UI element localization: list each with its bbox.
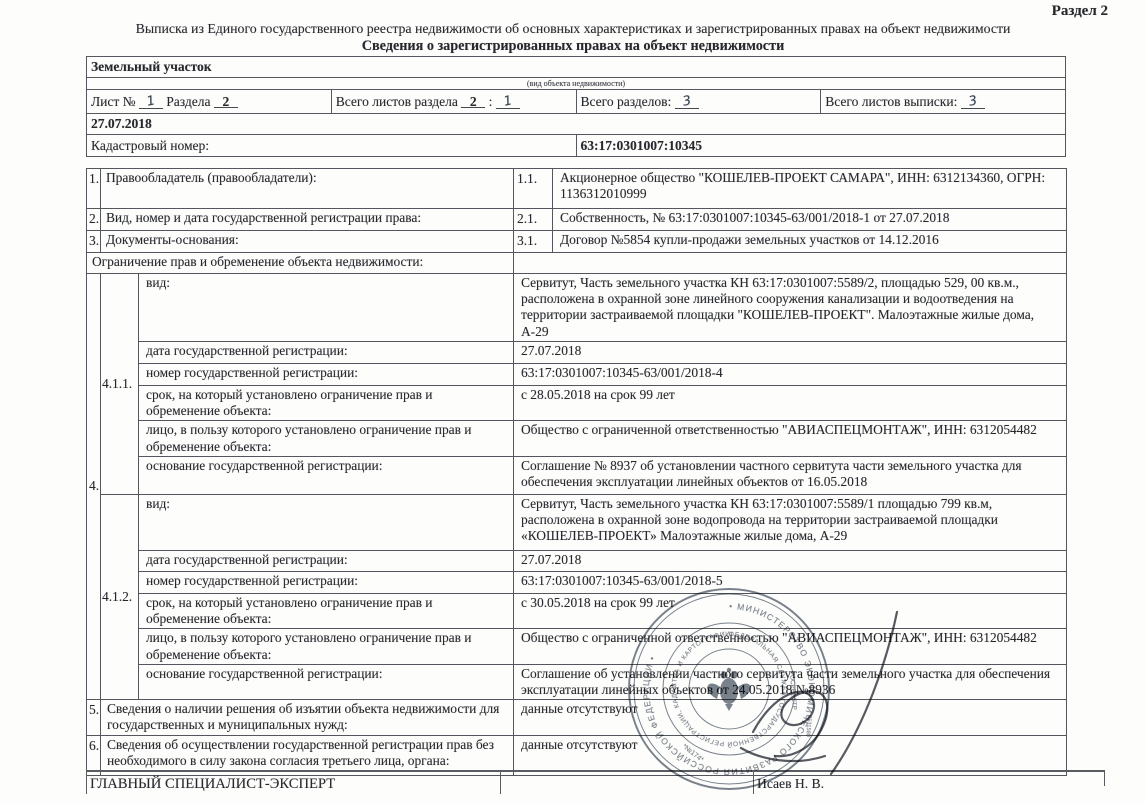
field-label: дата государственной регистрации: — [139, 342, 514, 364]
total-extract-label: Всего листов выписки: — [825, 94, 957, 109]
field-label: срок, на который установлено ограничение… — [139, 593, 514, 628]
field-value: Сервитут, Часть земельного участка КН 63… — [514, 494, 1067, 550]
field-label: основание государственной регистрации: — [139, 456, 514, 494]
field-value: Сервитут, Часть земельного участка КН 63… — [514, 274, 1067, 342]
sub-number: 2.1. — [514, 209, 553, 231]
extract-date: 27.07.2018 — [87, 114, 1066, 135]
row-number: 2. — [87, 209, 101, 231]
block-411-number: 4.1.1. — [101, 274, 139, 495]
cadastral-number-value: 63:17:0301007:10345 — [576, 135, 1066, 157]
field-value: 27.07.2018 — [514, 342, 1067, 364]
restriction-header: Ограничение прав и обременение объекта н… — [87, 253, 514, 274]
field-value: 63:17:0301007:10345-63/001/2018-4 — [514, 364, 1067, 386]
row-number: 3. — [87, 231, 101, 253]
field-label: лицо, в пользу которого установлено огра… — [139, 629, 514, 664]
field-value: Договор №5854 купли-продажи земельных уч… — [553, 231, 1067, 253]
total-sheets-value-handwritten: 1 — [496, 96, 520, 109]
total-extract-value-handwritten: 3 — [961, 96, 985, 109]
block-412-number: 4.1.2. — [101, 494, 139, 699]
sub-number: 3.1. — [514, 231, 553, 253]
total-sections-label: Всего разделов: — [581, 94, 672, 109]
field-label: номер государственной регистрации: — [139, 571, 514, 593]
scanned-egrn-extract-page: Раздел 2 Выписка из Единого государствен… — [0, 0, 1146, 803]
empty-cell — [514, 253, 1067, 274]
field-value: 27.07.2018 — [514, 550, 1067, 571]
razdel-label: Раздела — [166, 94, 210, 109]
row-number: 1. — [87, 169, 101, 209]
field-value: Общество с ограниченной ответственностью… — [514, 421, 1067, 456]
field-label: Документы-основания: — [101, 231, 514, 253]
field-label: лицо, в пользу которого установлено огра… — [139, 421, 514, 456]
total-sheets-label: Всего листов раздела — [336, 94, 458, 109]
field-label: вид: — [139, 274, 514, 342]
list-value-handwritten: 1 — [139, 96, 163, 109]
header-table: Земельный участок (вид объекта недвижимо… — [86, 56, 1066, 157]
total-sections-value-handwritten: 3 — [675, 96, 699, 109]
total-sheets-cell: Всего листов раздела 2 : 1 — [331, 90, 576, 114]
field-label: срок, на который установлено ограничение… — [139, 386, 514, 421]
total-sections-cell: Всего разделов: 3 — [576, 90, 821, 114]
field-value: Собственность, № 63:17:0301007:10345-63/… — [553, 209, 1067, 231]
field-label: вид: — [139, 494, 514, 550]
document-title-line1: Выписка из Единого государственного реес… — [0, 21, 1146, 37]
object-type-caption: (вид объекта недвижимости) — [87, 78, 1066, 90]
total-sheets-num: 2 — [461, 96, 485, 108]
cadastral-number-label: Кадастровый номер: — [87, 135, 577, 157]
field-value: Соглашение № 8937 об установлении частно… — [514, 456, 1067, 494]
field-value: Акционерное общество "КОШЕЛЕВ-ПРОЕКТ САМ… — [553, 169, 1067, 209]
total-extract-sheets-cell: Всего листов выписки: 3 — [821, 90, 1066, 114]
sheet-number-cell: Лист № 1 Раздела 2 — [87, 90, 332, 114]
section-4-number: 4. — [87, 274, 101, 700]
razdel-value: 2 — [214, 96, 238, 108]
field-label: номер государственной регистрации: — [139, 364, 514, 386]
section-label: Раздел 2 — [1052, 3, 1108, 20]
total-sheets-colon: : — [489, 94, 493, 109]
field-label: Вид, номер и дата государственной регист… — [101, 209, 514, 231]
row-number: 5. — [87, 700, 101, 735]
sub-number: 1.1. — [514, 169, 553, 209]
signature-footer: ГЛАВНЫЙ СПЕЦИАЛИСТ-ЭКСПЕРТ Исаев Н. В. — [86, 770, 1105, 803]
list-label: Лист № — [91, 94, 136, 109]
field-label: основание государственной регистрации: — [139, 664, 514, 699]
field-label: дата государственной регистрации: — [139, 550, 514, 571]
field-value: с 28.05.2018 на срок 99 лет — [514, 386, 1067, 421]
object-type: Земельный участок — [87, 57, 1066, 78]
handwritten-signature — [725, 598, 930, 788]
field-label: Правообладатель (правообладатели): — [101, 169, 514, 209]
document-title-line2: Сведения о зарегистрированных правах на … — [0, 38, 1146, 55]
field-label: Сведения о наличии решения об изъятии об… — [101, 700, 514, 735]
signatory-position: ГЛАВНЫЙ СПЕЦИАЛИСТ-ЭКСПЕРТ — [90, 776, 335, 793]
